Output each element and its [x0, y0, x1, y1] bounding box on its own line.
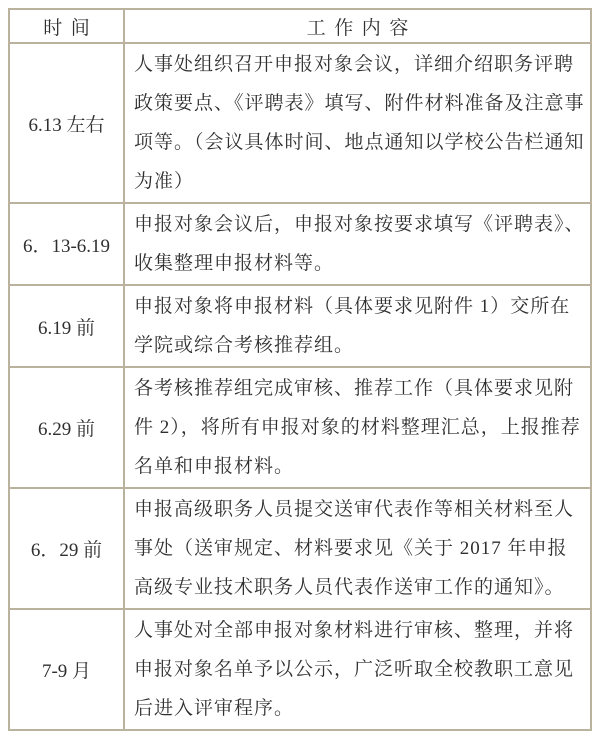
content-cell: 申报高级职务人员提交送审代表作等相关材料至人事处（送审规定、材料要求见《关于 2…: [124, 488, 591, 609]
content-cell: 申报对象将申报材料（具体要求见附件 1）交所在学院或综合考核推荐组。: [124, 285, 591, 367]
table-row: 6.13 左右 人事处组织召开申报对象会议，详细介绍职务评聘政策要点、《评聘表》…: [9, 43, 591, 203]
header-row: 时间 工作内容: [9, 9, 591, 43]
content-cell: 人事处组织召开申报对象会议，详细介绍职务评聘政策要点、《评聘表》填写、附件材料准…: [124, 43, 591, 203]
table-row: 6．13-6.19 申报对象会议后，申报对象按要求填写《评聘表》、收集整理申报材…: [9, 203, 591, 285]
schedule-table: 时间 工作内容 6.13 左右 人事处组织召开申报对象会议，详细介绍职务评聘政策…: [8, 8, 592, 731]
header-time: 时间: [9, 9, 124, 43]
table-row: 6．29 前 申报高级职务人员提交送审代表作等相关材料至人事处（送审规定、材料要…: [9, 488, 591, 609]
time-cell: 6.29 前: [9, 367, 124, 488]
time-cell: 7-9 月: [9, 609, 124, 730]
content-cell: 各考核推荐组完成审核、推荐工作（具体要求见附件 2），将所有申报对象的材料整理汇…: [124, 367, 591, 488]
header-content: 工作内容: [124, 9, 591, 43]
schedule-table-container: 时间 工作内容 6.13 左右 人事处组织召开申报对象会议，详细介绍职务评聘政策…: [8, 8, 592, 731]
table-row: 6.19 前 申报对象将申报材料（具体要求见附件 1）交所在学院或综合考核推荐组…: [9, 285, 591, 367]
table-row: 7-9 月 人事处对全部申报对象材料进行审核、整理，并将申报对象名单予以公示，广…: [9, 609, 591, 730]
time-cell: 6．29 前: [9, 488, 124, 609]
time-cell: 6.19 前: [9, 285, 124, 367]
content-cell: 申报对象会议后，申报对象按要求填写《评聘表》、收集整理申报材料等。: [124, 203, 591, 285]
time-cell: 6.13 左右: [9, 43, 124, 203]
table-row: 6.29 前 各考核推荐组完成审核、推荐工作（具体要求见附件 2），将所有申报对…: [9, 367, 591, 488]
content-cell: 人事处对全部申报对象材料进行审核、整理，并将申报对象名单予以公示，广泛听取全校教…: [124, 609, 591, 730]
time-cell: 6．13-6.19: [9, 203, 124, 285]
